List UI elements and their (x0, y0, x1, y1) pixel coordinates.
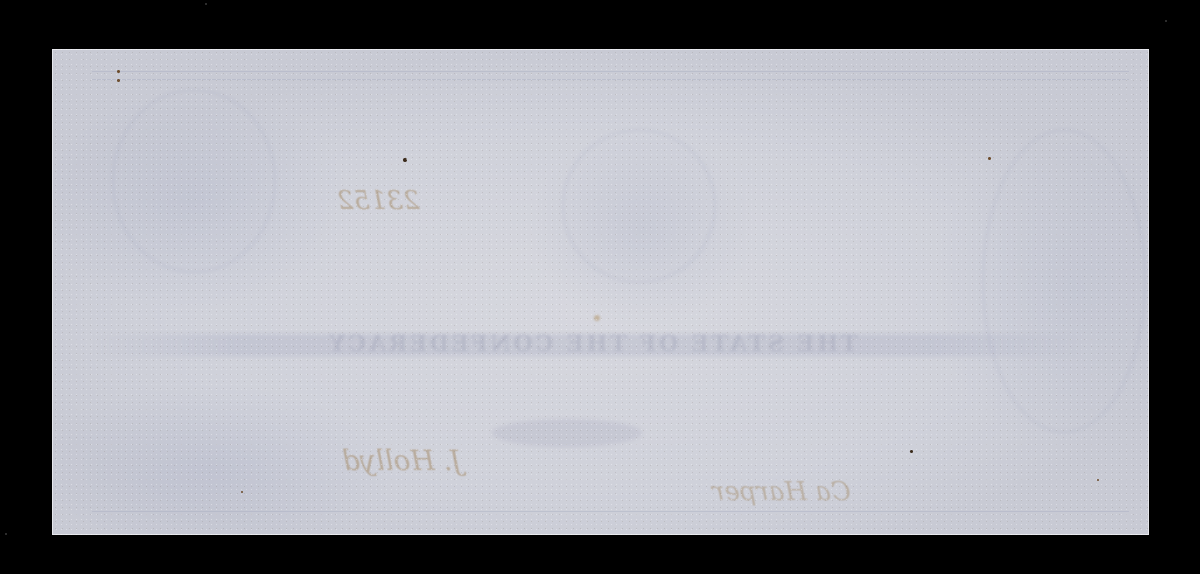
dust-speck (1165, 20, 1167, 22)
title-text-bleed: THE STATE OF THE CONFEDERACY (112, 331, 1072, 357)
photo-stage: THE STATE OF THE CONFEDERACY 23152 J. Ho… (0, 0, 1200, 574)
foxing-spot (910, 450, 913, 453)
foxing-spot (988, 157, 991, 160)
left-vignette-bleed (112, 89, 276, 273)
stain-spot (594, 315, 600, 321)
top-border-line (92, 71, 1129, 72)
dust-speck (205, 3, 207, 5)
foxing-spot (1097, 479, 1099, 481)
bottom-border-line (92, 511, 1129, 512)
right-vignette-bleed (982, 129, 1146, 433)
foxing-spot (117, 70, 120, 73)
signature-left-bleed: J. Hollyd (342, 444, 462, 477)
center-vignette-bleed (562, 129, 716, 283)
foxing-spot (117, 79, 120, 82)
denomination-cartouche-bleed (492, 419, 642, 447)
dust-speck (5, 533, 7, 535)
banknote-reverse: THE STATE OF THE CONFEDERACY 23152 J. Ho… (52, 49, 1149, 535)
foxing-spot (241, 491, 243, 493)
foxing-spot (403, 158, 407, 162)
top-border-line (92, 79, 1129, 80)
serial-number-bleed: 23152 (337, 186, 420, 216)
signature-right-bleed: Ca Harper (712, 477, 851, 507)
